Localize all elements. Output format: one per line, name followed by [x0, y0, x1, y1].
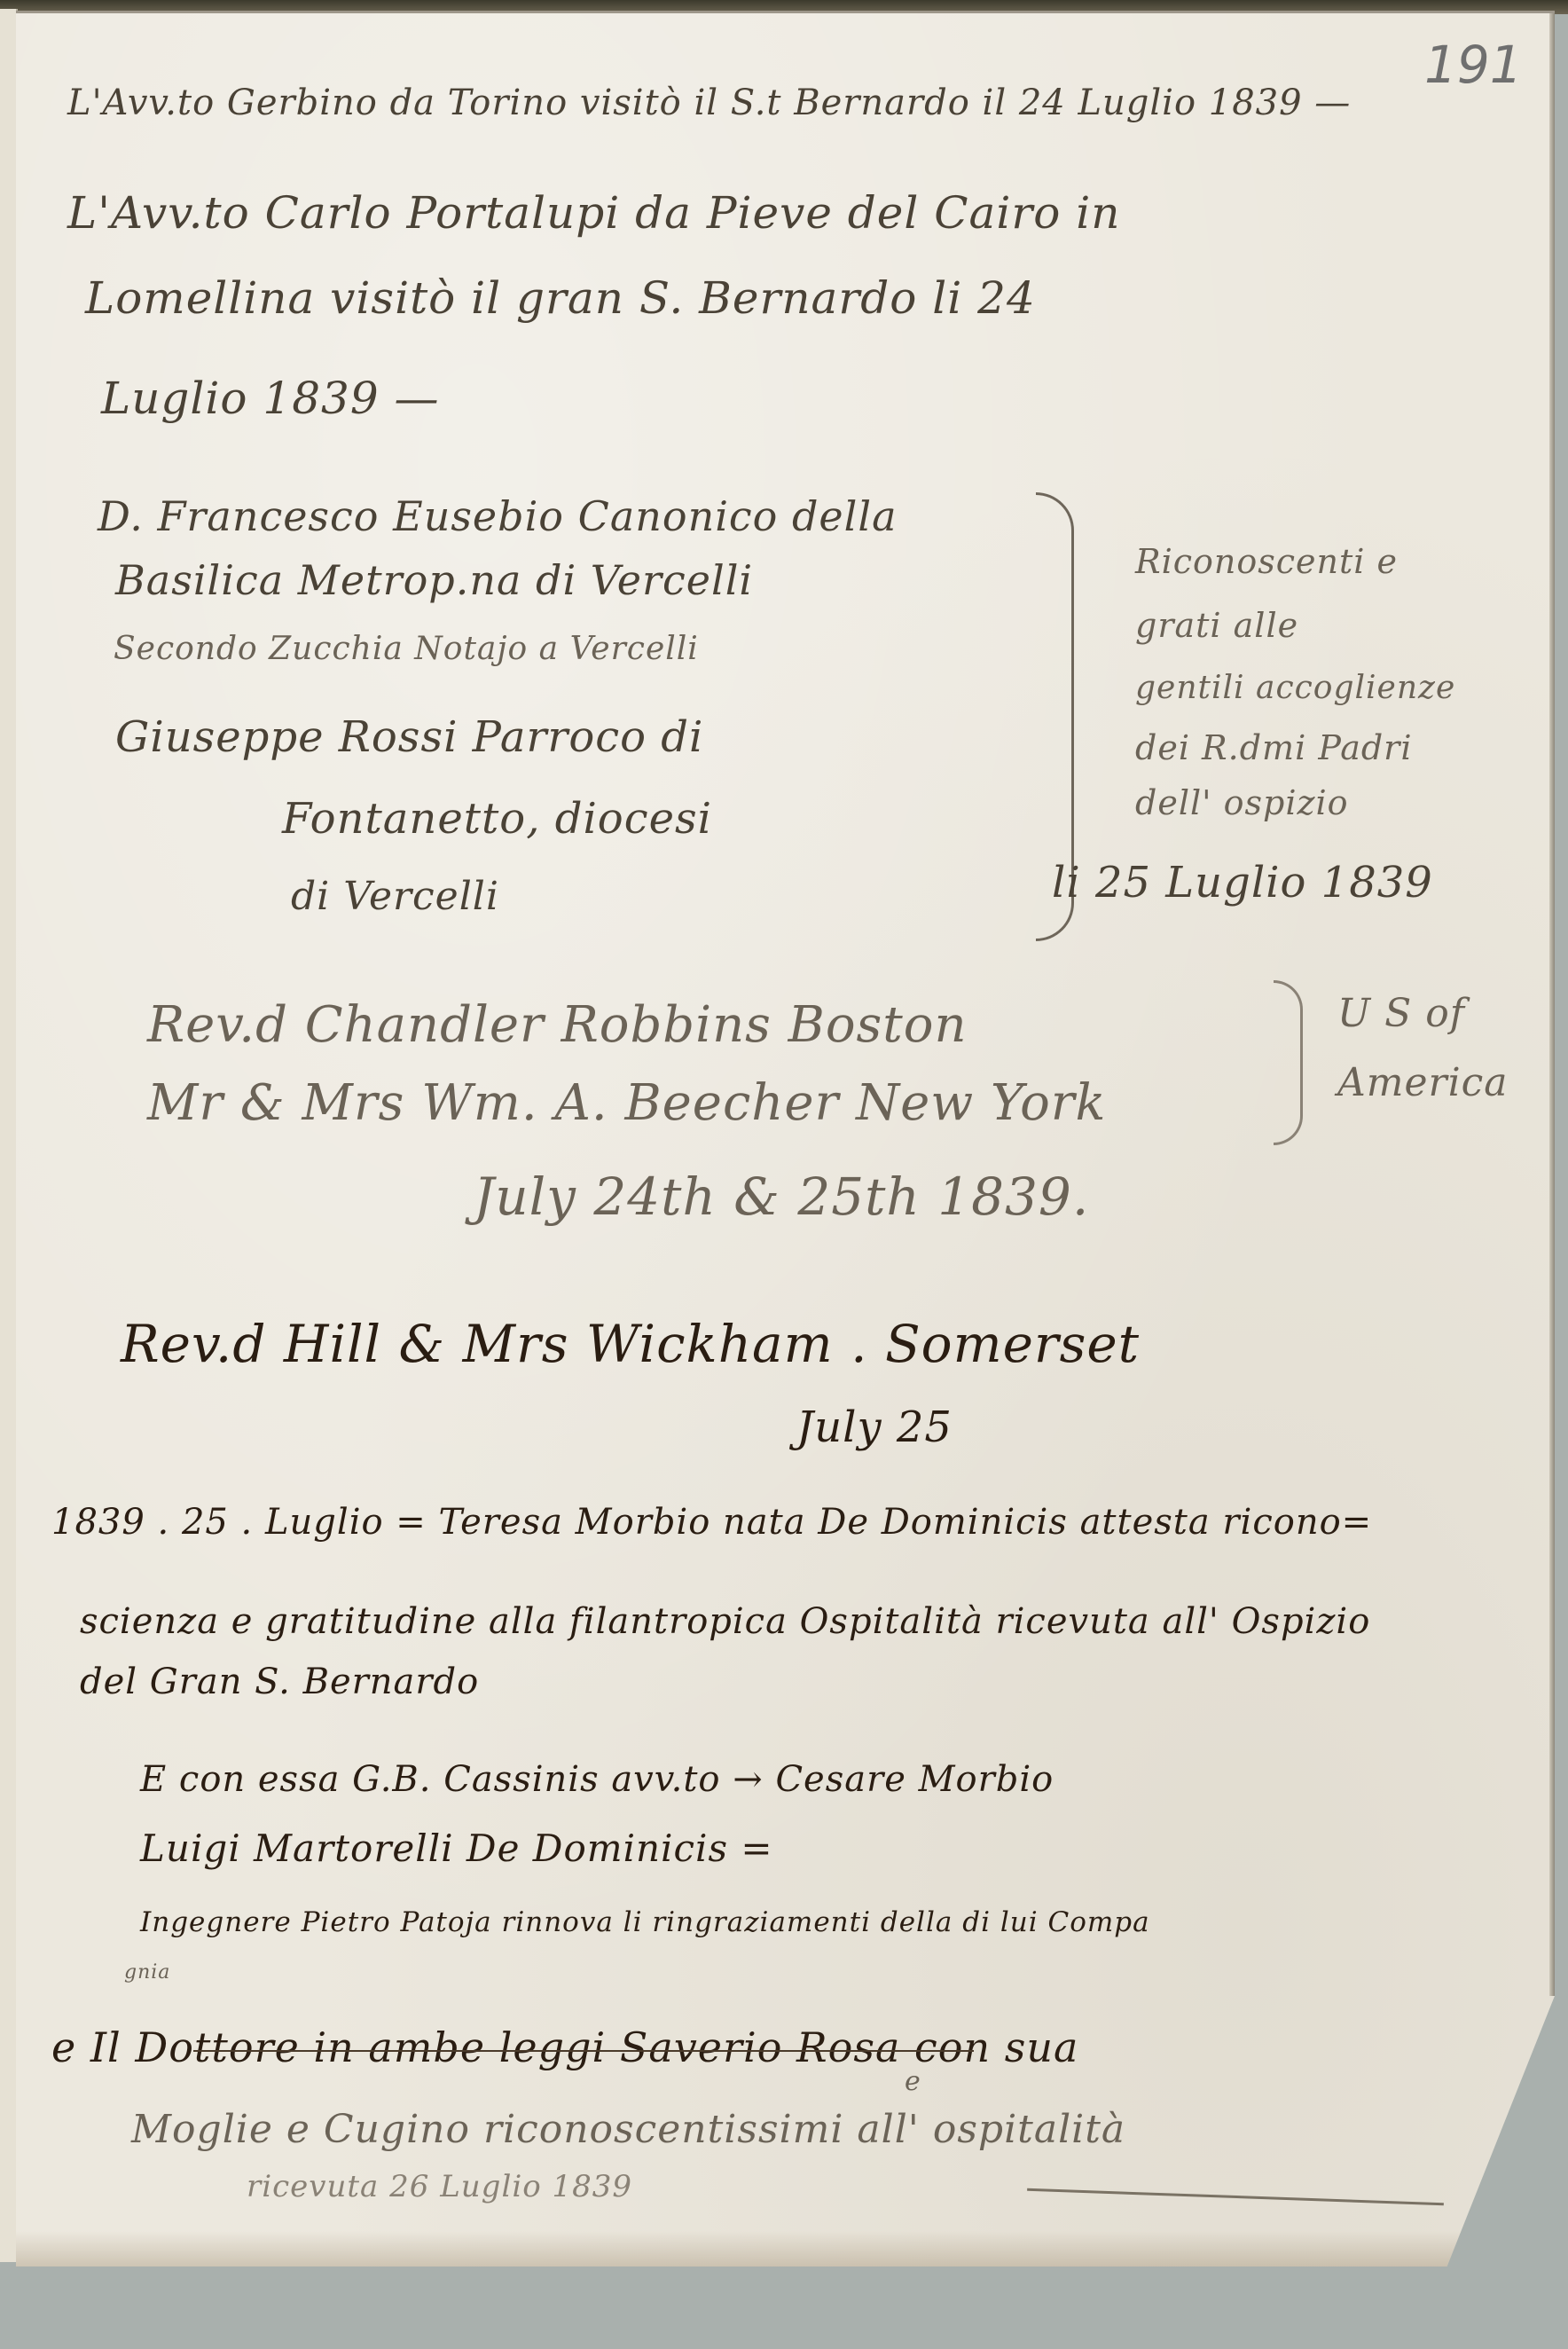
- dottore-inserted-letter: e: [905, 2066, 921, 2097]
- entry-portalupi-line-2: Lomellina visitò il gran S. Bernardo li …: [85, 272, 1036, 324]
- entry-vercelli-name-5: Fontanetto, diocesi: [282, 794, 712, 844]
- entry-morbio-line-6: Ingegnere Pietro Patoja rinnova li ringr…: [140, 1906, 1150, 1938]
- entry-vercelli-name-1: D. Francesco Eusebio Canonico della: [98, 492, 898, 540]
- entry-dottore-line-1: e Il Dottore in ambe leggi Saverio Rosa …: [51, 2023, 1078, 2071]
- entry-vercelli-name-2: Basilica Metrop.na di Vercelli: [115, 556, 753, 604]
- americans-country-line-1: U S of: [1337, 991, 1465, 1036]
- entry-morbio-line-4: E con essa G.B. Cassinis avv.to → Cesare…: [140, 1759, 1054, 1800]
- entry-americans-name-1: Rev.d Chandler Robbins Boston: [147, 996, 968, 1054]
- vercelli-date: li 25 Luglio 1839: [1052, 858, 1433, 907]
- entry-morbio-line-3: del Gran S. Bernardo: [80, 1662, 479, 1702]
- entry-americans-name-2: Mr & Mrs Wm. A. Beecher New York: [147, 1074, 1106, 1132]
- entry-morbio-line-5: Luigi Martorelli De Dominicis =: [140, 1827, 773, 1870]
- page-number: 191: [1424, 35, 1523, 95]
- curly-brace-americans: [1274, 980, 1303, 1145]
- page-bottom-stain: [16, 2231, 1555, 2267]
- page-right-edge: [1549, 13, 1555, 1996]
- entry-dottore-line-2: Moglie e Cugino riconoscentissimi all' o…: [131, 2107, 1125, 2152]
- entry-gerbino: L'Avv.to Gerbino da Torino visitò il S.t…: [67, 82, 1351, 123]
- americans-date: July 24th & 25th 1839.: [474, 1167, 1089, 1227]
- closing-flourish-line: [1027, 2188, 1444, 2205]
- entry-vercelli-name-3: Secondo Zucchia Notajo a Vercelli: [114, 631, 699, 667]
- entry-wickham-date: July 25: [796, 1402, 953, 1452]
- entry-portalupi-line-3: Luglio 1839 —: [101, 373, 440, 424]
- dottore-superscript: gnia: [124, 1961, 170, 1984]
- vercelli-note-line-4: dei R.dmi Padri: [1135, 728, 1413, 767]
- strikethrough-line: [193, 2050, 974, 2052]
- entry-dottore-line-3: ricevuta 26 Luglio 1839: [247, 2169, 632, 2204]
- americans-country-line-2: America: [1337, 1060, 1509, 1105]
- adjacent-page-edge: [0, 9, 18, 2262]
- entry-vercelli-name-4: Giuseppe Rossi Parroco di: [115, 712, 703, 762]
- vercelli-note-line-3: gentili accoglienze: [1135, 670, 1455, 706]
- entry-vercelli-name-6: di Vercelli: [291, 874, 499, 919]
- register-page: 191 L'Avv.to Gerbino da Torino visitò il…: [16, 11, 1555, 2267]
- entry-morbio-line-1: 1839 . 25 . Luglio = Teresa Morbio nata …: [51, 1502, 1372, 1543]
- vercelli-note-line-5: dell' ospizio: [1135, 783, 1349, 822]
- entry-wickham-line-1: Rev.d Hill & Mrs Wickham . Somerset: [121, 1314, 1140, 1374]
- entry-portalupi-line-1: L'Avv.to Carlo Portalupi da Pieve del Ca…: [67, 187, 1120, 239]
- entry-morbio-line-2: scienza e gratitudine alla filantropica …: [80, 1601, 1370, 1642]
- vercelli-note-line-2: grati alle: [1135, 606, 1298, 645]
- vercelli-note-line-1: Riconoscenti e: [1135, 542, 1398, 581]
